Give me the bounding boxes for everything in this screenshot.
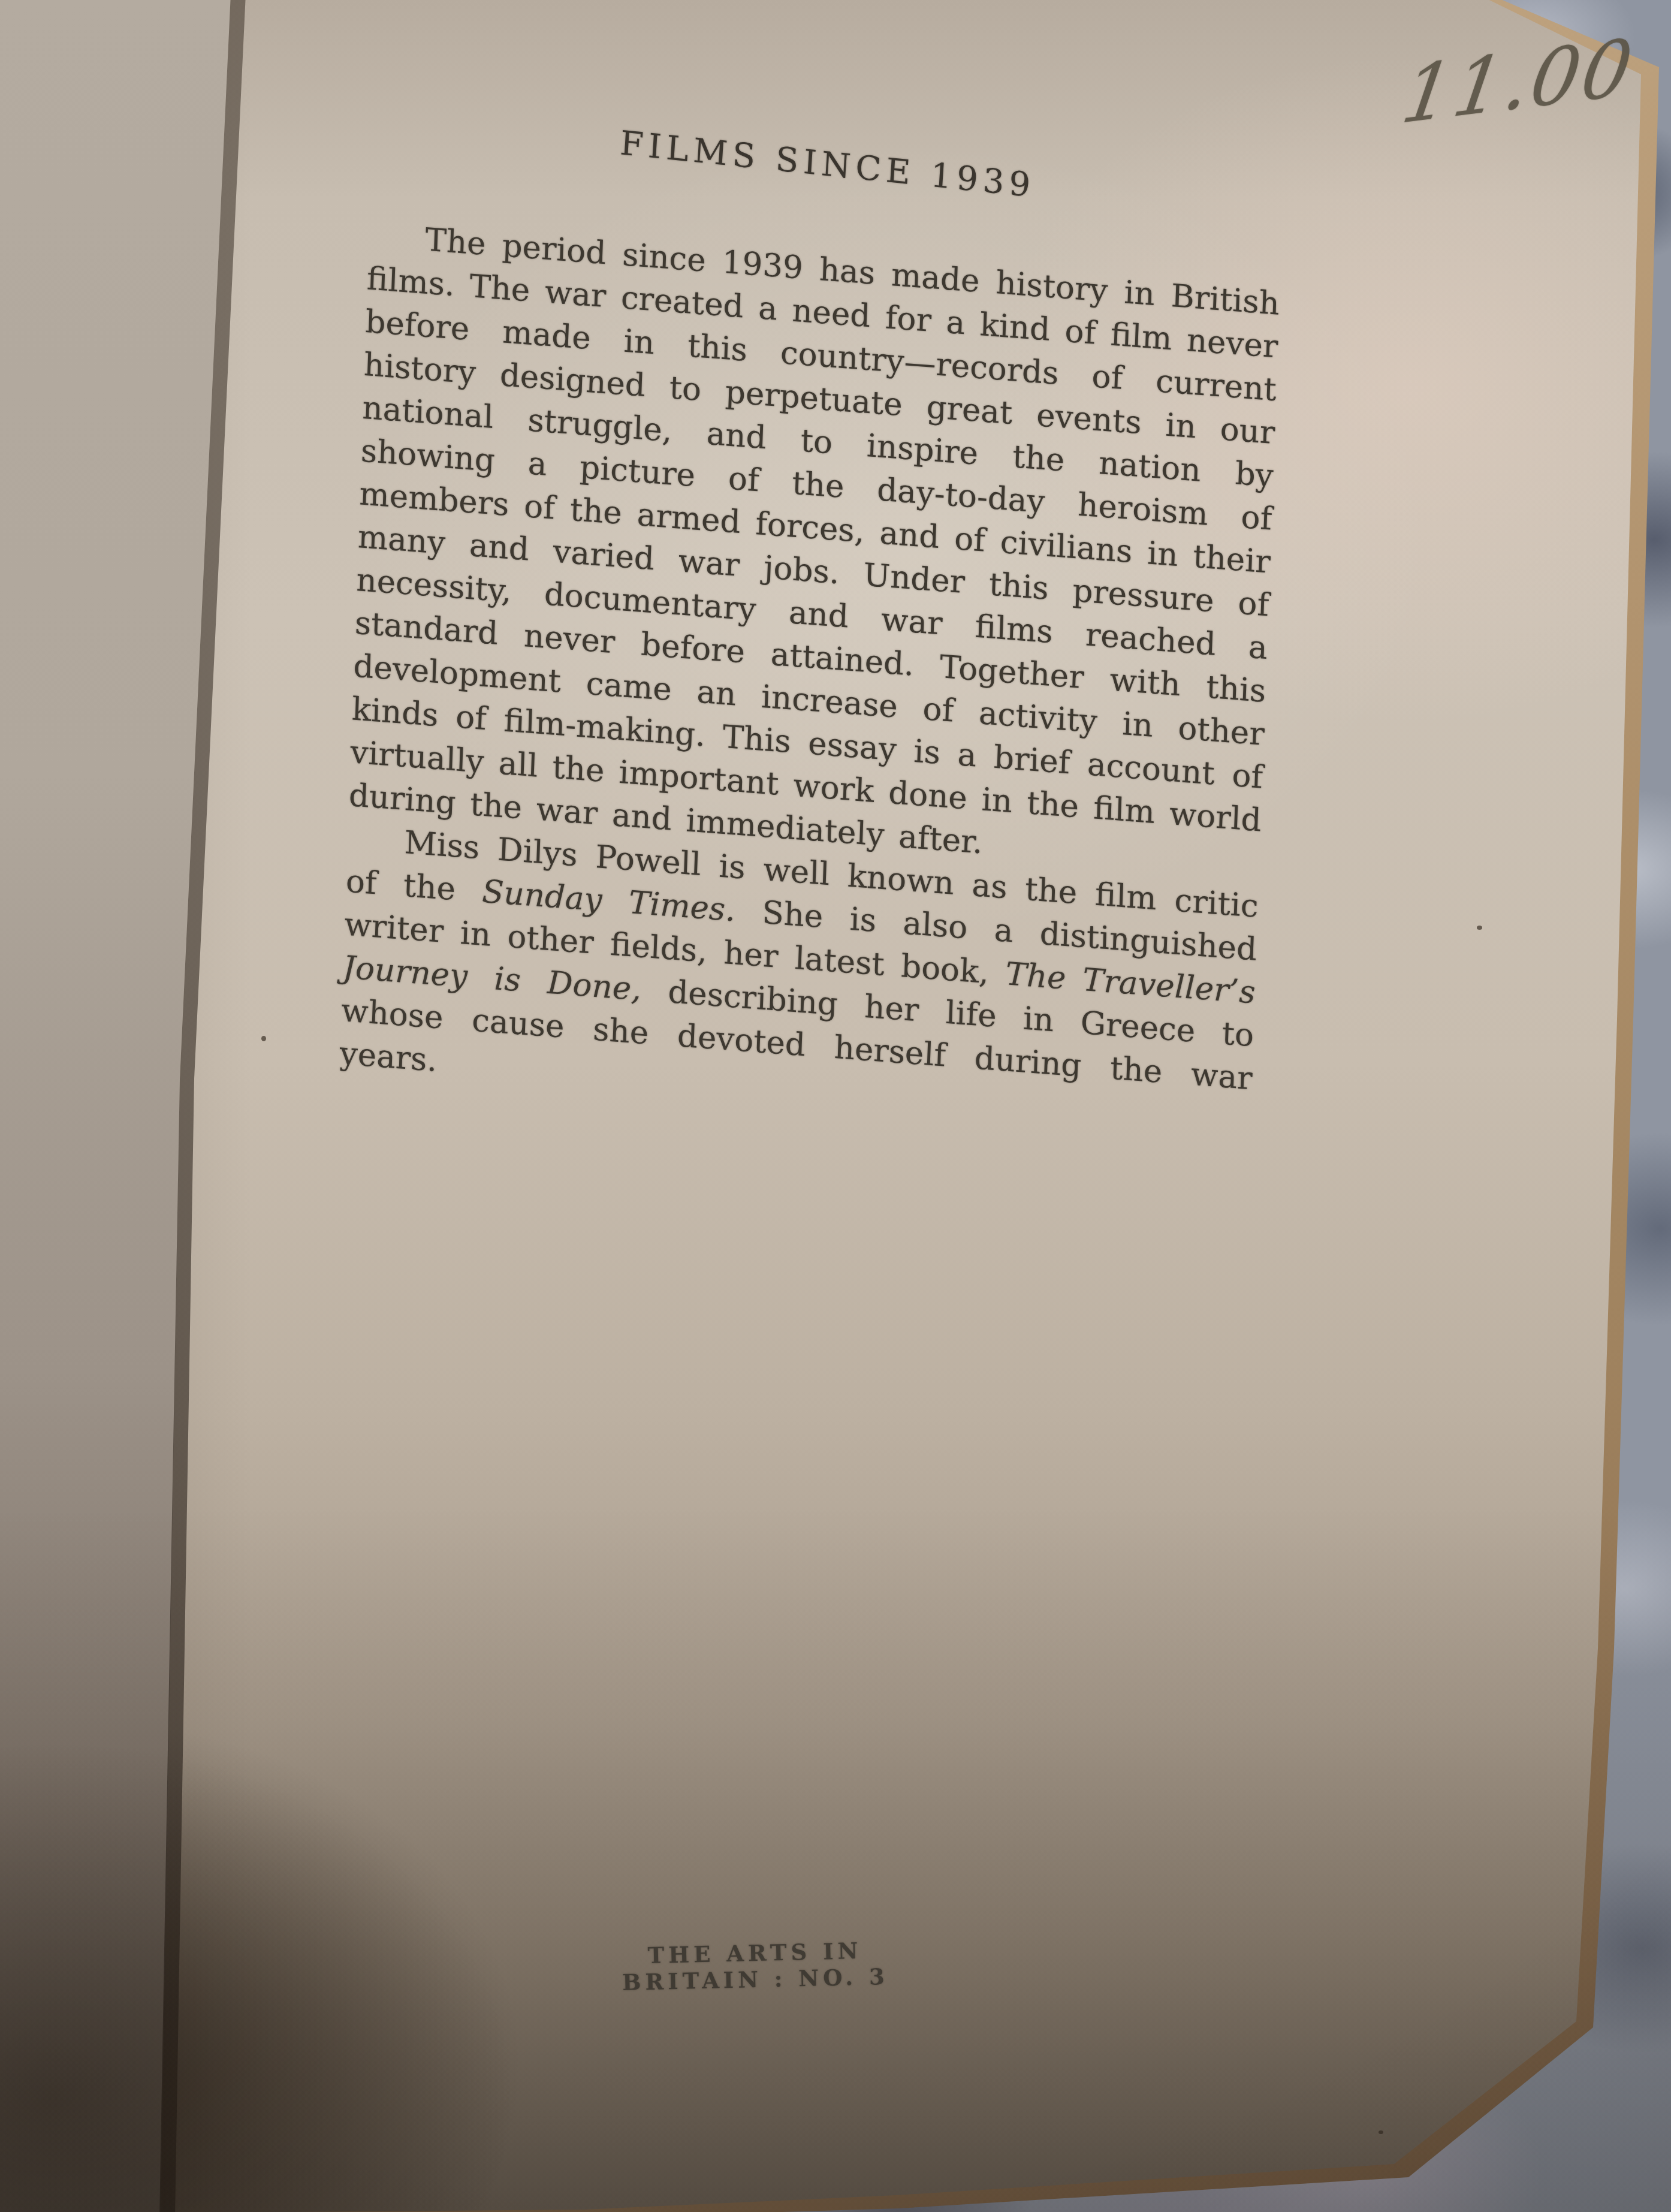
printed-text-block: FILMS SINCE 1939 The period since 1939 h… <box>339 111 1284 1144</box>
body-text: The period since 1939 has made history i… <box>339 215 1280 1144</box>
book-photo: 11.00 FILMS SINCE 1939 The period since … <box>0 0 1671 2212</box>
paragraph-intro: The period since 1939 has made history i… <box>348 215 1280 886</box>
series-footer: THE ARTS IN BRITAIN : NO. 3 <box>575 1936 936 1997</box>
paper-speck <box>261 1036 266 1041</box>
paper-speck <box>1477 926 1482 930</box>
paper-speck <box>1379 2130 1383 2134</box>
